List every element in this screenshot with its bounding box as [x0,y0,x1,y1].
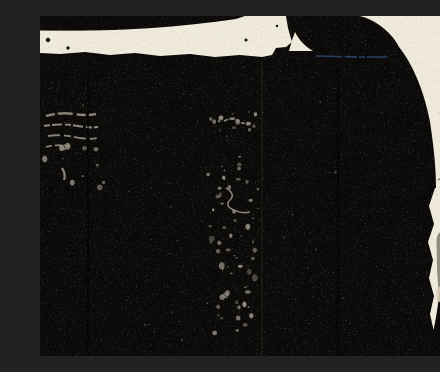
print-illustration [40,16,440,356]
illustration-canvas: Giant high-heel shoe atop a huge black m… [40,16,440,356]
paper-grain-overlay [40,16,440,356]
